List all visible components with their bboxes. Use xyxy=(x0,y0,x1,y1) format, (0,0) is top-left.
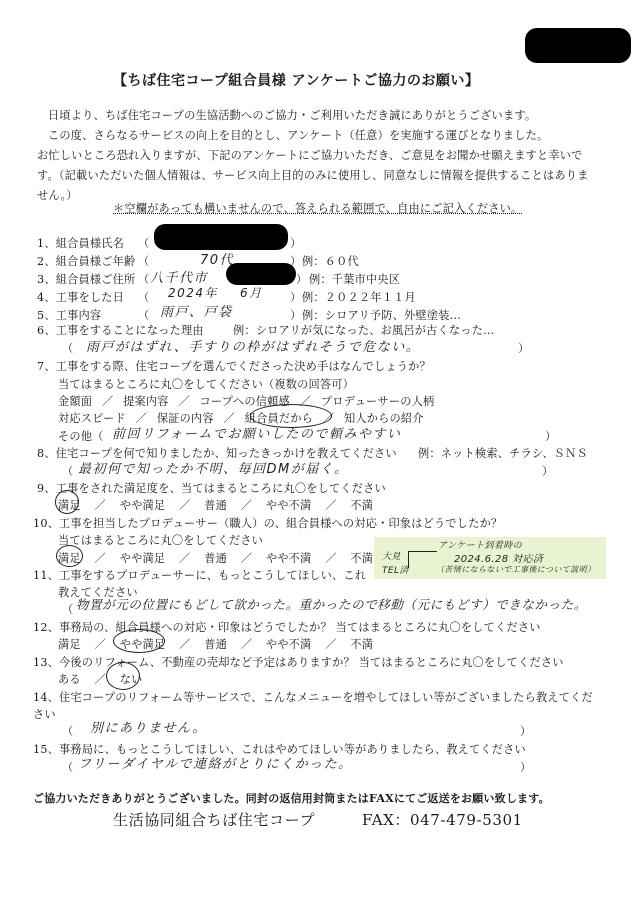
q10-option-neutral[interactable]: 普通 xyxy=(204,552,227,565)
q1-label: 1、組合員様氏名 xyxy=(37,235,124,251)
q1-open: （ xyxy=(138,235,149,251)
q1-close: ） xyxy=(290,235,301,251)
q7-label: 7、工事をする際、住宅コープを選んでくださった決め手はなんでしょうか？ xyxy=(37,358,431,374)
separator: ／ xyxy=(95,638,106,651)
q7-other-answer[interactable]: 前回リフォームでお願いしたので頼みやすい xyxy=(112,423,401,442)
q7-other-label: その他（ xyxy=(58,428,104,444)
q5-label: 5、工事内容 xyxy=(37,307,101,323)
q10-selected-circle xyxy=(56,545,83,567)
q14-label: 14、住宅コープのリフォーム等サービスで、こんなメニューを増やしてほしい等がござ… xyxy=(33,689,593,705)
q9-label: 9、工事をされた満足度を、当てはまるところに丸〇をしてください xyxy=(37,480,386,496)
q7-instruction: 当てはまるところに丸〇をしてください（複数の回答可） xyxy=(58,376,354,392)
q8-close: ） xyxy=(542,463,553,479)
separator: ／ xyxy=(325,638,336,651)
q11-label: 11、工事をするプロデューサーに、もっとこうしてほしい、これ xyxy=(33,567,366,583)
separator: ／ xyxy=(241,499,252,512)
q5-example: 例：シロアリ予防、外壁塗装… xyxy=(302,307,461,323)
q14-close: ） xyxy=(520,723,531,739)
q5-open: （ xyxy=(138,307,149,323)
q10-option-somewhat-satisfied[interactable]: やや満足 xyxy=(120,552,166,565)
q15-close: ） xyxy=(520,759,531,775)
q12-option-dissatisfied[interactable]: 不満 xyxy=(350,638,373,651)
separator: ／ xyxy=(241,552,252,565)
footer-org: 生活協同組合ちば住宅コープ xyxy=(113,809,315,830)
q3-open: （ xyxy=(138,271,149,287)
q3-address-redacted xyxy=(226,263,296,285)
intro-line-3c: せん。） xyxy=(37,187,78,203)
q11-open: （ xyxy=(62,601,73,617)
intro-line-1: 日頃より、ちば住宅コープの生協活動へのご協力・ご利用いただき誠にありがとうござい… xyxy=(48,107,536,123)
q12-option-neutral[interactable]: 普通 xyxy=(204,638,227,651)
q4-example: 例：２０２２年１１月 xyxy=(302,289,416,305)
q10-options: 満足 ／ やや満足 ／ 普通 ／ やや不満 ／ 不満 xyxy=(58,550,373,566)
q5-close: ） xyxy=(290,307,301,323)
q12-selected-circle xyxy=(113,629,165,653)
q13-selected-circle xyxy=(106,662,140,690)
q2-label: 2、組合員様ご年齢 xyxy=(37,253,135,269)
q4-answer-year[interactable]: 2024年 xyxy=(168,284,218,301)
q15-answer[interactable]: フリーダイヤルで連絡がとりにくかった。 xyxy=(78,753,353,772)
separator: ／ xyxy=(179,552,190,565)
q12-option-somewhat-dissatisfied[interactable]: やや不満 xyxy=(266,638,312,651)
separator: ／ xyxy=(325,499,336,512)
q9-option-somewhat-satisfied[interactable]: やや満足 xyxy=(120,499,166,512)
q4-open: （ xyxy=(138,289,149,305)
q10-instruction: 当てはまるところに丸〇をしてください xyxy=(58,532,263,548)
q14-answer[interactable]: 別にありません。 xyxy=(90,717,207,736)
q7-option-proposal[interactable]: 提案内容 xyxy=(123,395,169,408)
separator: ／ xyxy=(178,395,189,408)
q2-example: 例：６０代 xyxy=(302,253,359,269)
intro-line-3a: お忙しいところ恐れ入りますが、下記のアンケートにご協力いただき、ご意見をお聞かせ… xyxy=(37,147,582,163)
separator: ／ xyxy=(95,552,106,565)
q9-selected-circle xyxy=(55,490,79,514)
q7-row1: 金額面 ／ 提案内容 ／ コープへの信頼感 ／ プロデューサーの人柄 xyxy=(58,393,434,409)
q14-label-2: さい xyxy=(33,706,56,722)
q2-open: （ xyxy=(138,253,149,269)
q3-example: 例：千葉市中央区 xyxy=(309,271,400,287)
separator: ／ xyxy=(179,499,190,512)
separator: ／ xyxy=(102,395,113,408)
footer-fax: FAX：047-479-5301 xyxy=(362,809,523,830)
sticky-line-2: 2024.6.28 対応済 xyxy=(454,550,543,565)
q7-option-producer[interactable]: プロデューサーの人柄 xyxy=(321,395,435,408)
separator: ／ xyxy=(179,638,190,651)
q6-close: ） xyxy=(518,340,529,356)
q13-option-yes[interactable]: ある xyxy=(58,673,81,686)
separator: ／ xyxy=(95,673,106,686)
q3-close: ） xyxy=(296,271,307,287)
sticky-left-1: 大見 xyxy=(382,549,401,562)
q8-answer[interactable]: 最初何で知ったか不明、毎回DMが届く。 xyxy=(78,458,348,477)
q8-open: （ xyxy=(62,463,73,479)
sticky-line-3: （苦情にならないで工事後について説明） xyxy=(436,564,595,575)
page-title: 【ちば住宅コープ組合員様 アンケートご協力のお願い】 xyxy=(113,70,479,90)
q4-label: 4、工事をした日 xyxy=(37,289,124,305)
q15-open: （ xyxy=(62,759,73,775)
separator: ／ xyxy=(325,552,336,565)
q9-option-dissatisfied[interactable]: 不満 xyxy=(350,499,373,512)
q7-option-price[interactable]: 金額面 xyxy=(58,395,92,408)
intro-note: ＊空欄があっても構いませんので、答えられる範囲で、自由にご記入ください。 xyxy=(113,200,522,216)
intro-line-2: この度、さらなるサービスの向上を目的とし、アンケート（任意）を実施する運びとなり… xyxy=(48,127,548,143)
intro-line-3b: す。（記載いただいた個人情報は、サービス向上目的のみに使用し、同意なしに情報を提… xyxy=(37,167,589,183)
sticky-note: 大見 TEL済 アンケート到着時の 2024.6.28 対応済 （苦情にならない… xyxy=(374,537,606,579)
q9-option-neutral[interactable]: 普通 xyxy=(204,499,227,512)
q12-options: 満足 ／ やや満足 ／ 普通 ／ やや不満 ／ 不満 xyxy=(58,636,373,652)
q9-option-somewhat-dissatisfied[interactable]: やや不満 xyxy=(266,499,312,512)
q7-other-close: ） xyxy=(545,428,556,444)
q10-option-dissatisfied[interactable]: 不満 xyxy=(350,552,373,565)
sticky-left-2: TEL済 xyxy=(382,563,409,576)
q4-answer-month[interactable]: 6月 xyxy=(240,284,263,301)
q12-option-satisfied[interactable]: 満足 xyxy=(58,638,81,651)
redacted-id-tag xyxy=(525,28,631,63)
separator: ／ xyxy=(95,499,106,512)
q1-name-redacted xyxy=(154,224,288,250)
q6-answer[interactable]: 雨戸がはずれ、手すりの枠がはずれそうで危ない。 xyxy=(86,336,420,355)
separator: ／ xyxy=(241,638,252,651)
footer-thanks: ご協力いただきありがとうございました。同封の返信用封筒またはFAXにてご返送をお… xyxy=(33,790,550,806)
q9-options: 満足 ／ やや満足 ／ 普通 ／ やや不満 ／ 不満 xyxy=(58,497,373,513)
q5-answer[interactable]: 雨戸、戸袋 xyxy=(160,301,233,320)
q10-label: 10、工事を担当したプロデューサー（職人）の、組合員様への対応・印象はどうでした… xyxy=(33,515,502,531)
q4-close: ） xyxy=(290,289,301,305)
q8-example: 例：ネット検索、チラシ、ＳＮＳ xyxy=(418,445,588,461)
q6-open: （ xyxy=(62,340,73,356)
q12-label: 12、事務局の、組合員様への対応・印象はどうでしたか？ 当てはまるところに丸〇を… xyxy=(33,619,541,635)
q11-answer[interactable]: 物置が元の位置にもどして欲かった。重かったので移動（元にもどす）できなかった。 xyxy=(76,595,587,613)
q14-open: （ xyxy=(62,723,73,739)
q3-label: 3、組合員様ご住所 xyxy=(37,271,135,287)
q10-option-somewhat-dissatisfied[interactable]: やや不満 xyxy=(266,552,312,565)
sticky-bracket-line xyxy=(408,551,437,568)
